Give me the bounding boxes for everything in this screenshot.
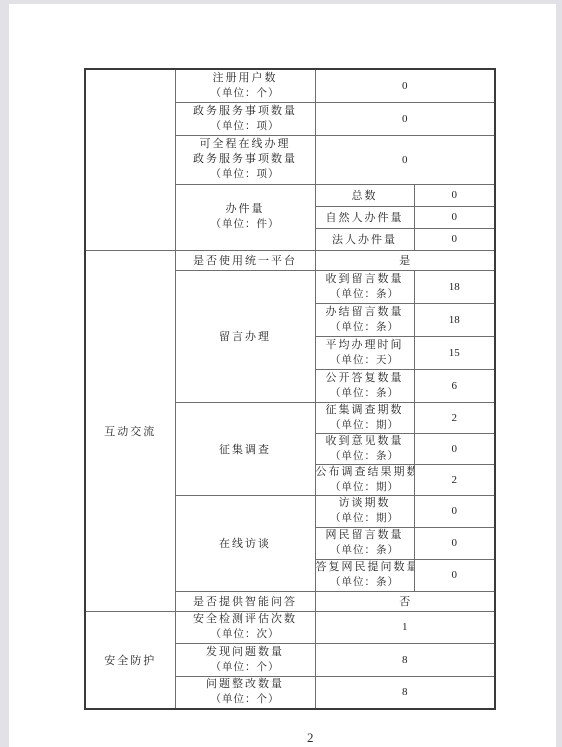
row-label-cell: 政务服务事项数量 （单位：项） — [175, 102, 315, 135]
row-unit: （单位：个） — [176, 86, 315, 101]
group-label-survey: 征集调查 — [175, 402, 315, 495]
row-label: 问题整改数量 — [176, 677, 315, 692]
group-label-messages: 留言办理 — [175, 270, 315, 402]
row-value: 1 — [315, 611, 495, 643]
row-label-cell: 答复网民提问数量 （单位：条） — [315, 559, 414, 591]
row-unit: （单位：项） — [176, 167, 315, 182]
sub-value: 0 — [414, 228, 495, 250]
row-value: 8 — [315, 676, 495, 709]
row-label: 征集调查期数 — [316, 403, 414, 418]
group-label-interview: 在线访谈 — [175, 495, 315, 591]
row-unit: （单位：个） — [176, 692, 315, 707]
sub-value: 0 — [414, 184, 495, 206]
row-unit: （单位：条） — [316, 449, 414, 464]
row-value: 0 — [414, 559, 495, 591]
row-label: 注册用户数 — [176, 71, 315, 86]
row-value: 6 — [414, 369, 495, 402]
row-label-cell: 注册用户数 （单位：个） — [175, 69, 315, 102]
row-label: 公布调查结果期数 — [316, 465, 414, 480]
row-label: 是否提供智能问答 — [175, 591, 315, 611]
row-label: 平均办理时间 — [316, 338, 414, 353]
row-unit: （单位：条） — [316, 386, 414, 401]
row-unit: （单位：期） — [316, 511, 414, 526]
row-value: 否 — [315, 591, 495, 611]
row-value: 0 — [414, 433, 495, 464]
row-label-cell: 网民留言数量 （单位：条） — [315, 527, 414, 559]
sub-label: 法人办件量 — [315, 228, 414, 250]
row-label-cell: 收到意见数量 （单位：条） — [315, 433, 414, 464]
row-value: 2 — [414, 464, 495, 495]
row-label: 可全程在线办理 — [176, 137, 315, 152]
row-value: 0 — [414, 495, 495, 527]
row-unit: （单位：项） — [176, 119, 315, 134]
category-cell-interaction: 互动交流 — [85, 250, 175, 611]
row-label-cell: 平均办理时间 （单位：天） — [315, 336, 414, 369]
row-value: 15 — [414, 336, 495, 369]
row-unit: （单位：天） — [316, 353, 414, 368]
document-page: 注册用户数 （单位：个） 0 政务服务事项数量 （单位：项） 0 可全程在线办理… — [9, 4, 556, 747]
row-label: 访谈期数 — [316, 496, 414, 511]
row-label: 安全检测评估次数 — [176, 612, 315, 627]
row-label: 网民留言数量 — [316, 528, 414, 543]
report-table: 注册用户数 （单位：个） 0 政务服务事项数量 （单位：项） 0 可全程在线办理… — [84, 68, 496, 710]
sub-label: 自然人办件量 — [315, 206, 414, 228]
row-label-cell: 公开答复数量 （单位：条） — [315, 369, 414, 402]
row-label-cell: 办结留言数量 （单位：条） — [315, 303, 414, 336]
row-value: 0 — [315, 69, 495, 102]
row-label-cell: 问题整改数量 （单位：个） — [175, 676, 315, 709]
row-value: 18 — [414, 303, 495, 336]
group-label-cell: 办件量 （单位：件） — [175, 184, 315, 250]
row-unit: （单位：条） — [316, 320, 414, 335]
row-label: 政务服务事项数量 — [176, 104, 315, 119]
group-label: 办件量 — [176, 202, 315, 217]
row-value: 0 — [315, 102, 495, 135]
row-label: 答复网民提问数量 — [316, 560, 414, 575]
sub-value: 0 — [414, 206, 495, 228]
row-value: 8 — [315, 643, 495, 676]
row-value: 2 — [414, 402, 495, 433]
row-label: 政务服务事项数量 — [176, 152, 315, 167]
category-cell-blank — [85, 69, 175, 250]
category-cell-security: 安全防护 — [85, 611, 175, 709]
row-label-cell: 安全检测评估次数 （单位：次） — [175, 611, 315, 643]
row-label: 收到留言数量 — [316, 272, 414, 287]
row-unit: （单位：期） — [316, 418, 414, 433]
group-unit: （单位：件） — [176, 217, 315, 232]
row-unit: （单位：个） — [176, 660, 315, 675]
row-value: 是 — [315, 250, 495, 270]
table-row: 互动交流 是否使用统一平台 是 — [85, 250, 495, 270]
row-label: 是否使用统一平台 — [175, 250, 315, 270]
row-unit: （单位：条） — [316, 543, 414, 558]
table-row: 注册用户数 （单位：个） 0 — [85, 69, 495, 102]
row-value: 18 — [414, 270, 495, 303]
row-unit: （单位：次） — [176, 627, 315, 642]
row-unit: （单位：条） — [316, 575, 414, 590]
row-label-cell: 征集调查期数 （单位：期） — [315, 402, 414, 433]
row-label-cell: 收到留言数量 （单位：条） — [315, 270, 414, 303]
row-unit: （单位：期） — [316, 480, 414, 495]
row-unit: （单位：条） — [316, 287, 414, 302]
table-row: 安全防护 安全检测评估次数 （单位：次） 1 — [85, 611, 495, 643]
row-value: 0 — [315, 135, 495, 184]
row-label: 收到意见数量 — [316, 434, 414, 449]
row-label: 公开答复数量 — [316, 371, 414, 386]
sub-label: 总数 — [315, 184, 414, 206]
row-label-cell: 发现问题数量 （单位：个） — [175, 643, 315, 676]
row-label-cell: 访谈期数 （单位：期） — [315, 495, 414, 527]
row-label: 发现问题数量 — [176, 645, 315, 660]
row-label-cell: 可全程在线办理 政务服务事项数量 （单位：项） — [175, 135, 315, 184]
row-value: 0 — [414, 527, 495, 559]
row-label-cell: 公布调查结果期数 （单位：期） — [315, 464, 414, 495]
page-number: 2 — [307, 730, 314, 746]
row-label: 办结留言数量 — [316, 305, 414, 320]
